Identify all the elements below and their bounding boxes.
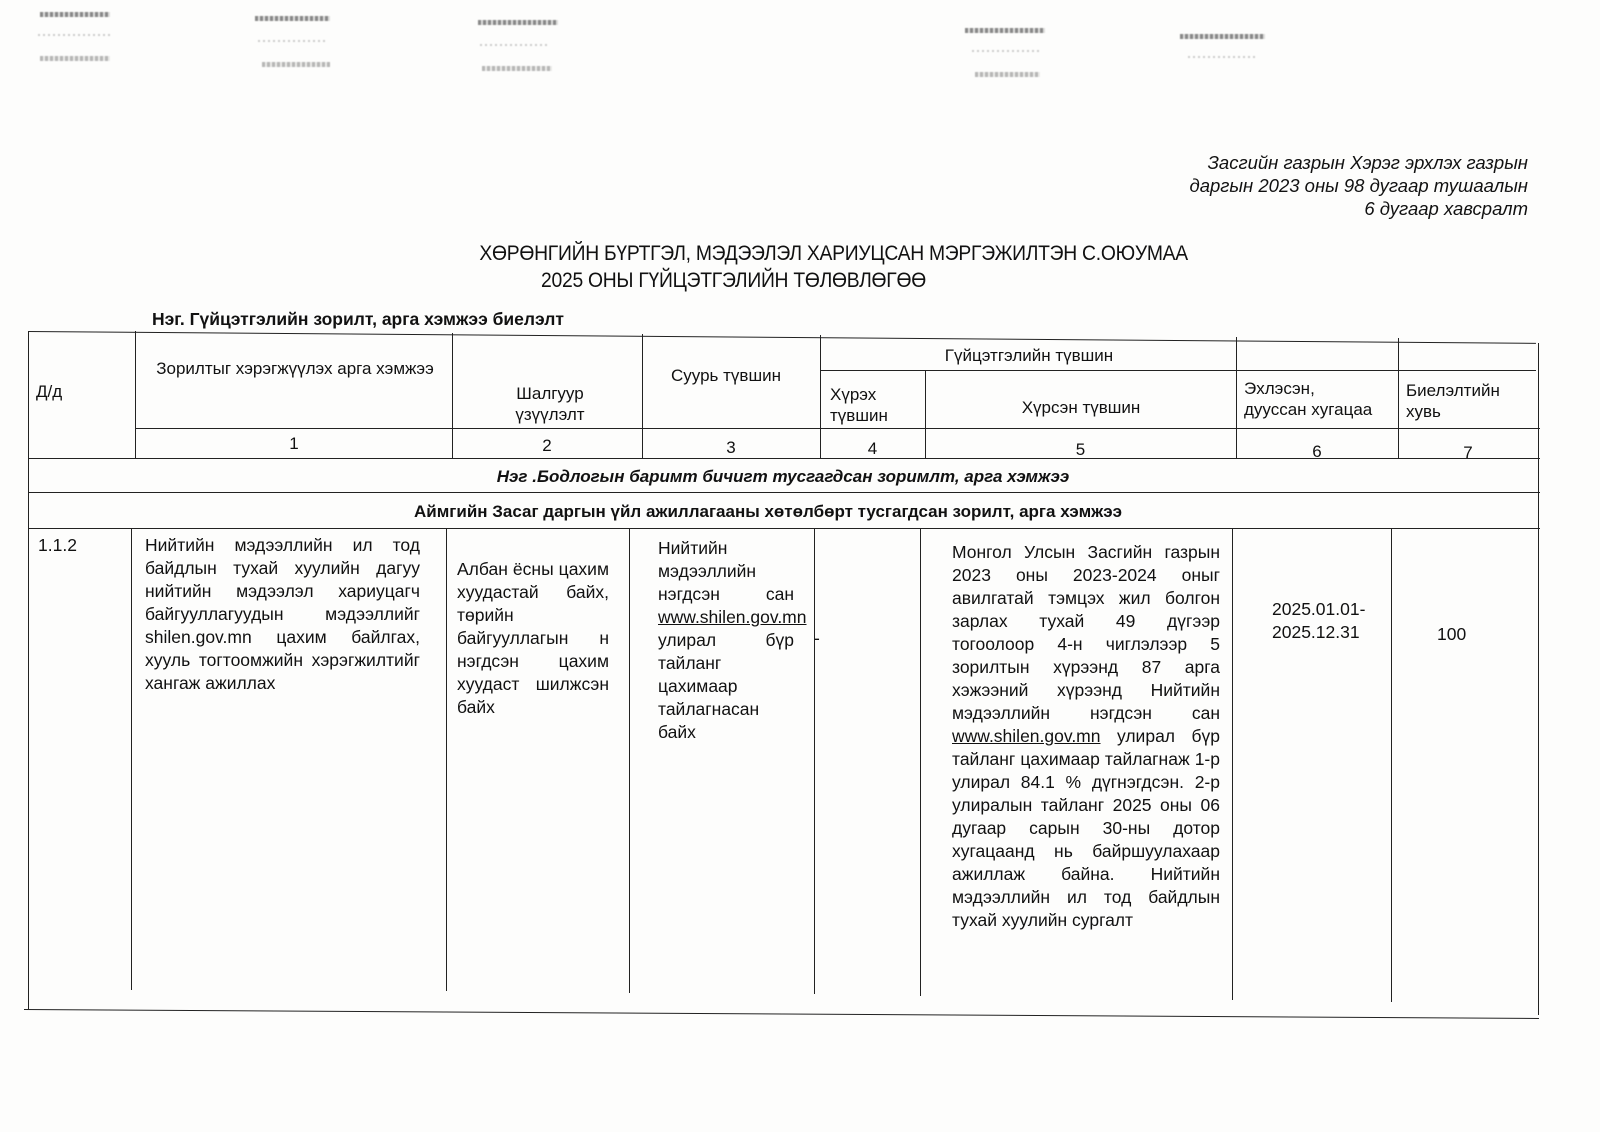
row-target-level: - — [814, 627, 920, 650]
baseline-text: Нийтийн мэдээллийн нэгдсэн сан — [658, 538, 794, 604]
row-criteria: Албан ёсны цахим хуудастай байх, төрийн … — [457, 558, 609, 719]
baseline-text-post: улирал бүр тайланг цахимаар тайлагнасан … — [658, 630, 794, 742]
header-target-level: Хүрэх түвшин — [830, 384, 920, 426]
title-line-1: ХӨРӨНГИЙН БҮРТГЭЛ, МЭДЭЭЛЭЛ ХАРИУЦСАН МЭ… — [300, 240, 1266, 267]
row-baseline: Нийтийн мэдээллийн нэгдсэн сан www.shile… — [658, 537, 794, 744]
document-title: ХӨРӨНГИЙН БҮРТГЭЛ, МЭДЭЭЛЭЛ ХАРИУЦСАН МЭ… — [300, 240, 1266, 294]
annex-line-2: даргын 2023 оны 98 дугаар тушаалын — [1008, 174, 1528, 197]
section-heading: Нэг. Гүйцэтгэлийн зорилт, арга хэмжээ би… — [152, 309, 564, 330]
header-baseline: Суурь түвшин — [652, 365, 792, 386]
column-number: 5 — [925, 439, 1236, 460]
header-measure: Зорилтыг хэрэгжүүлэх арга хэмжээ — [150, 358, 440, 379]
column-number: 1 — [136, 433, 452, 454]
column-number: 3 — [642, 437, 820, 458]
header-period: Эхлэсэн, дууссан хугацаа — [1244, 378, 1374, 420]
annex-line-1: Засгийн газрын Хэрэг эрхлэх газрын — [1008, 151, 1528, 174]
row-period: 2025.01.01-2025.12.31 — [1272, 598, 1382, 644]
title-line-2: 2025 ОНЫ ГҮЙЦЭТГЭЛИЙН ТӨЛӨВЛӨГӨӨ — [300, 267, 1266, 294]
column-number: 7 — [1398, 442, 1538, 463]
annex-line-3: 6 дугаар хавсралт — [1008, 197, 1528, 220]
achieved-text-post: улирал бүр тайланг цахимаар тайлагнаж 1-… — [952, 726, 1220, 930]
row-measure: Нийтийн мэдээллийн ил тод байдлын тухай … — [145, 534, 420, 695]
header-criteria: Шалгуур үзүүлэлт — [490, 383, 610, 425]
baseline-link[interactable]: www.shilen.gov.mn — [658, 607, 807, 627]
header-no: Д/д — [36, 381, 62, 402]
achieved-text: Монгол Улсын Засгийн газрын 2023 оны 202… — [952, 542, 1220, 723]
row-number: 1.1.2 — [38, 534, 77, 557]
header-performance-group: Гүйцэтгэлийн түвшин — [822, 345, 1236, 366]
row-completion-rate: 100 — [1437, 623, 1466, 646]
column-number: 2 — [452, 435, 642, 456]
group-row-program: Аймгийн Засаг даргын үйл ажиллагааны хөт… — [28, 502, 1388, 522]
column-number: 6 — [1236, 441, 1398, 462]
column-number: 4 — [820, 438, 925, 459]
annex-note: Засгийн газрын Хэрэг эрхлэх газрын даргы… — [1008, 151, 1528, 220]
header-completion-rate: Биелэлтийн хувь — [1406, 380, 1536, 422]
group-row-policy: Нэг .Бодлогын баримт бичигт тусгагдсан з… — [28, 467, 1538, 487]
achieved-link[interactable]: www.shilen.gov.mn — [952, 726, 1101, 746]
header-achieved-level: Хүрсэн түвшин — [926, 397, 1236, 418]
row-achieved-level: Монгол Улсын Засгийн газрын 2023 оны 202… — [952, 541, 1220, 932]
